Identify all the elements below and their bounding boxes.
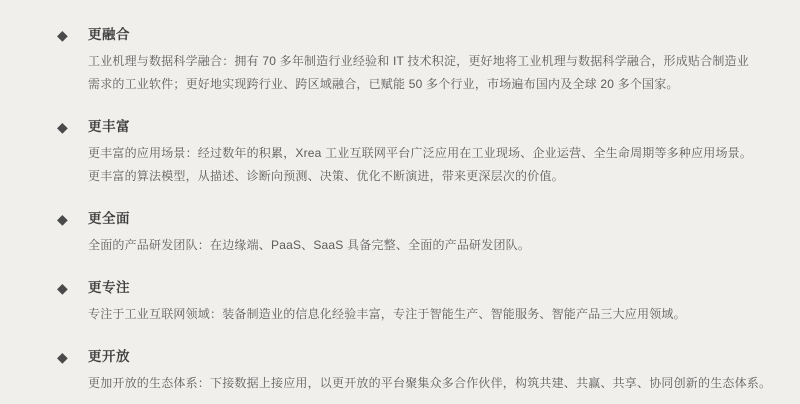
section-paragraph: 专注于工业互联网领域：装备制造业的信息化经验丰富，专注于智能生产、智能服务、智能…	[88, 303, 800, 326]
section-heading-row: ◆ 更专注	[57, 278, 800, 298]
section-more-rich: ◆ 更丰富 更丰富的应用场景：经过数年的积累，Xrea 工业互联网平台广泛应用在…	[57, 117, 800, 188]
diamond-bullet-icon: ◆	[57, 117, 88, 137]
section-more-integrated: ◆ 更融合 工业机理与数据科学融合：拥有 70 多年制造行业经验和 IT 技术积…	[57, 25, 800, 96]
paragraph-line: 专注于工业互联网领域：装备制造业的信息化经验丰富，专注于智能生产、智能服务、智能…	[88, 303, 800, 326]
section-more-complete: ◆ 更全面 全面的产品研发团队：在边缘端、PaaS、SaaS 具备完整、全面的产…	[57, 209, 800, 257]
section-heading-row: ◆ 更融合	[57, 25, 800, 45]
section-paragraph: 工业机理与数据科学融合：拥有 70 多年制造行业经验和 IT 技术积淀，更好地将…	[88, 50, 800, 96]
diamond-bullet-icon: ◆	[57, 209, 88, 229]
section-title: 更丰富	[88, 117, 130, 137]
section-title: 更融合	[88, 25, 130, 45]
paragraph-line: 更丰富的算法模型，从描述、诊断向预测、决策、优化不断演进，带来更深层次的价值。	[88, 165, 800, 188]
section-more-focused: ◆ 更专注 专注于工业互联网领域：装备制造业的信息化经验丰富，专注于智能生产、智…	[57, 278, 800, 326]
diamond-bullet-icon: ◆	[57, 278, 88, 298]
section-heading-row: ◆ 更开放	[57, 347, 800, 367]
section-heading-row: ◆ 更丰富	[57, 117, 800, 137]
paragraph-line: 更丰富的应用场景：经过数年的积累，Xrea 工业互联网平台广泛应用在工业现场、企…	[88, 142, 800, 165]
feature-list: ◆ 更融合 工业机理与数据科学融合：拥有 70 多年制造行业经验和 IT 技术积…	[0, 0, 800, 395]
paragraph-line: 全面的产品研发团队：在边缘端、PaaS、SaaS 具备完整、全面的产品研发团队。	[88, 234, 800, 257]
paragraph-line: 工业机理与数据科学融合：拥有 70 多年制造行业经验和 IT 技术积淀，更好地将…	[88, 50, 800, 73]
diamond-bullet-icon: ◆	[57, 25, 88, 45]
paragraph-line: 更加开放的生态体系：下接数据上接应用，以更开放的平台聚集众多合作伙伴，构筑共建、…	[88, 372, 800, 395]
section-paragraph: 更丰富的应用场景：经过数年的积累，Xrea 工业互联网平台广泛应用在工业现场、企…	[88, 142, 800, 188]
section-more-open: ◆ 更开放 更加开放的生态体系：下接数据上接应用，以更开放的平台聚集众多合作伙伴…	[57, 347, 800, 395]
section-heading-row: ◆ 更全面	[57, 209, 800, 229]
section-title: 更全面	[88, 209, 130, 229]
section-paragraph: 全面的产品研发团队：在边缘端、PaaS、SaaS 具备完整、全面的产品研发团队。	[88, 234, 800, 257]
section-paragraph: 更加开放的生态体系：下接数据上接应用，以更开放的平台聚集众多合作伙伴，构筑共建、…	[88, 372, 800, 395]
paragraph-line: 需求的工业软件；更好地实现跨行业、跨区域融合，已赋能 50 多个行业，市场遍布国…	[88, 73, 800, 96]
diamond-bullet-icon: ◆	[57, 347, 88, 367]
section-title: 更专注	[88, 278, 130, 298]
section-title: 更开放	[88, 347, 130, 367]
